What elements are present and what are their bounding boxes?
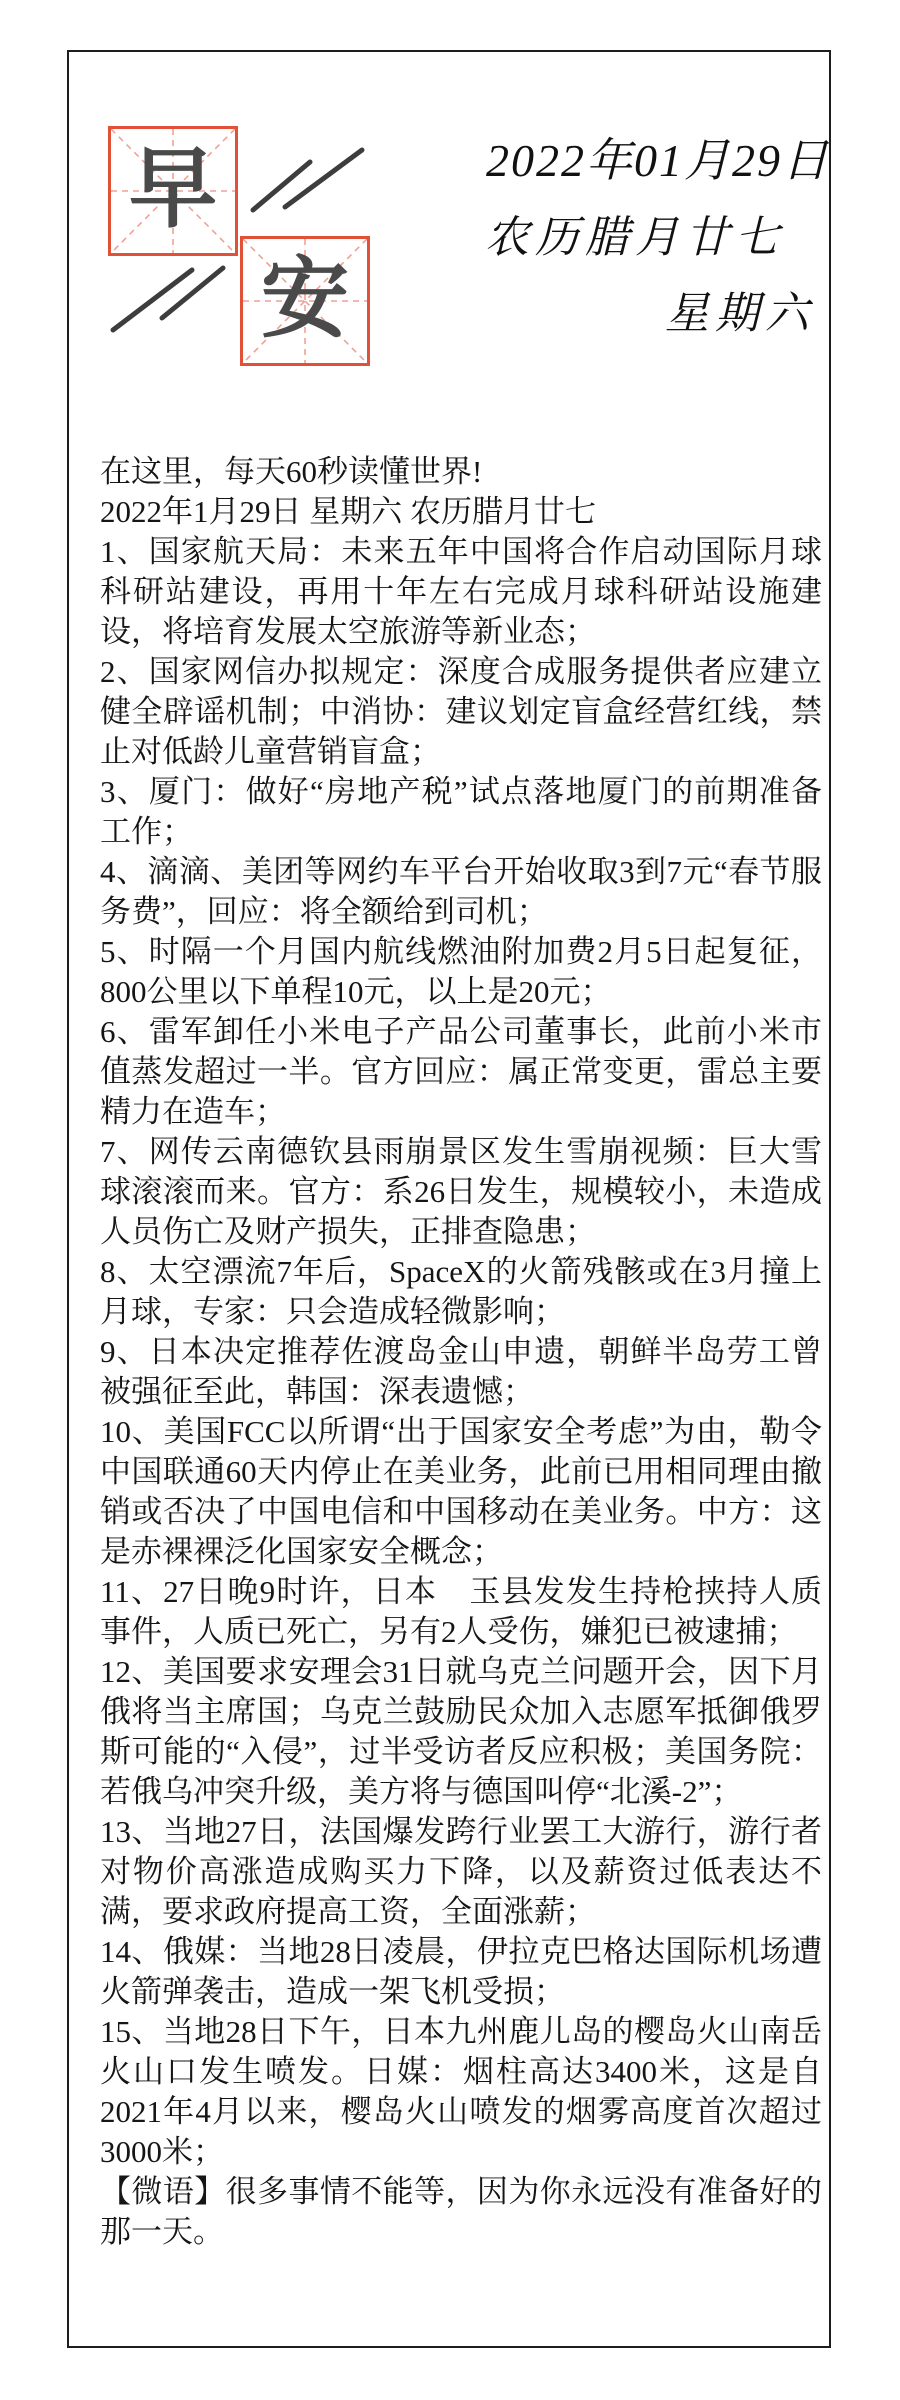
weiyu-line: 【微语】很多事情不能等，因为你永远没有准备好的那一天。 <box>100 2172 822 2252</box>
news-item-6: 6、雷军卸任小米电子产品公司董事长，此前小米市值蒸发超过一半。官方回应：属正常变… <box>100 1012 822 1132</box>
date-intro-line: 2022年1月29日 星期六 农历腊月廿七 <box>100 492 822 532</box>
news-item-8: 8、太空漂流7年后，SpaceX的火箭残骸或在3月撞上月球，专家：只会造成轻微影… <box>100 1252 822 1332</box>
news-item-15: 15、当地28日下午，日本九州鹿儿岛的樱岛火山南岳火山口发生喷发。日媒：烟柱高达… <box>100 2012 822 2172</box>
news-item-14: 14、俄媒：当地28日凌晨，伊拉克巴格达国际机场遭火箭弹袭击，造成一架飞机受损； <box>100 1932 822 2012</box>
news-item-7: 7、网传云南德钦县雨崩景区发生雪崩视频：巨大雪球滚滚而来。官方：系26日发生，规… <box>100 1132 822 1252</box>
news-item-2: 2、国家网信办拟规定：深度合成服务提供者应建立健全辟谣机制；中消协：建议划定盲盒… <box>100 652 822 772</box>
gregorian-date: 2022年01月29日 <box>486 122 830 200</box>
morning-news-card: 早 安 2022年01月29日 农历腊月廿七 星期六 在这里，每天60秒读懂世界… <box>0 0 900 2400</box>
news-item-1: 1、国家航天局：未来五年中国将合作启动国际月球科研站建设，再用十年左右完成月球科… <box>100 532 822 652</box>
slash-decoration-icon <box>100 140 380 340</box>
lunar-date: 农历腊月廿七 <box>485 200 785 276</box>
news-item-5: 5、时隔一个月国内航线燃油附加费2月5日起复征，800公里以下单程10元，以上是… <box>100 932 822 1012</box>
news-item-13: 13、当地27日，法国爆发跨行业罢工大游行，游行者对物价高涨造成购买力下降，以及… <box>100 1812 822 1932</box>
news-item-11: 11、27日晚9时许，日本 玉县发发生持枪挟持人质事件，人质已死亡，另有2人受伤… <box>100 1572 822 1652</box>
news-item-3: 3、厦门：做好“房地产税”试点落地厦门的前期准备工作； <box>100 772 822 852</box>
date-block: 2022年01月29日 农历腊月廿七 星期六 <box>485 122 830 352</box>
news-item-9: 9、日本决定推荐佐渡岛金山申遗，朝鲜半岛劳工曾被强征至此，韩国：深表遗憾； <box>100 1332 822 1412</box>
news-item-12: 12、美国要求安理会31日就乌克兰问题开会，因下月俄将当主席国；乌克兰鼓励民众加… <box>100 1652 822 1812</box>
news-body: 在这里，每天60秒读懂世界! 2022年1月29日 星期六 农历腊月廿七 1、国… <box>100 452 822 2252</box>
news-item-10: 10、美国FCC以所谓“出于国家安全考虑”为由，勒令中国联通60天内停止在美业务… <box>100 1412 822 1572</box>
news-item-4: 4、滴滴、美团等网约车平台开始收取3到7元“春节服务费”，回应：将全额给到司机； <box>100 852 822 932</box>
weekday: 星期六 <box>665 276 815 352</box>
intro-line: 在这里，每天60秒读懂世界! <box>100 452 822 492</box>
